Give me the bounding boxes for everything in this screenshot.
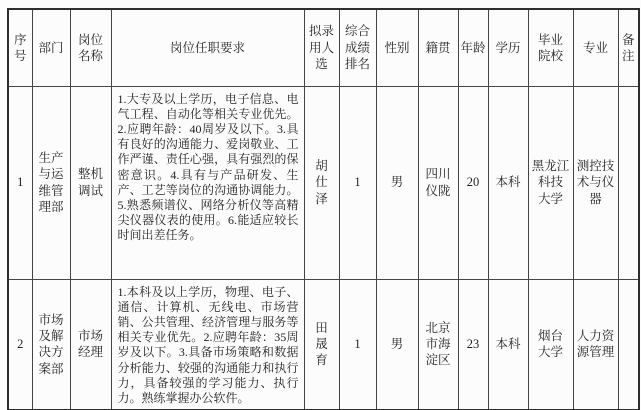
col-header-gender: 性别 — [376, 9, 418, 86]
table-row: 1 生产 与运 维管 理部 整机 调试 1.大专及以上学历，电子信息、电气工程、… — [8, 86, 639, 279]
cell-requirements: 1.本科及以上学历，物理、电子、通信、计算机、无线电、市场营销、公共管理、经济管… — [111, 279, 304, 410]
col-header-remarks: 备 注 — [618, 9, 639, 86]
recruitment-table: 序 号 部门 岗位 名称 岗位任职要求 拟录 用人 选 综合 成绩 排名 性别 … — [7, 8, 640, 410]
col-header-education: 学历 — [488, 9, 528, 86]
table-row: 2 市场 及解 决方 案部 市场 经理 1.本科及以上学历，物理、电子、通信、计… — [8, 279, 639, 410]
cell-rank: 1 — [339, 279, 376, 410]
cell-requirements: 1.大专及以上学历，电子信息、电气工程、自动化等相关专业优先。2.应聘年龄：40… — [111, 86, 304, 279]
cell-remarks — [618, 86, 639, 279]
cell-rank: 1 — [339, 86, 376, 279]
col-header-index: 序 号 — [8, 9, 32, 86]
cell-hometown: 北京 市海 淀区 — [418, 279, 458, 410]
col-header-position-title: 岗位 名称 — [70, 9, 111, 86]
cell-remarks — [618, 279, 639, 410]
cell-index: 2 — [8, 279, 32, 410]
cell-major: 测控技 术与仪 器 — [573, 86, 618, 279]
cell-index: 1 — [8, 86, 32, 279]
col-header-age: 年龄 — [458, 9, 488, 86]
cell-candidate: 田 晟 育 — [304, 279, 339, 410]
cell-department: 市场 及解 决方 案部 — [32, 279, 70, 410]
cell-hometown: 四川 仪陇 — [418, 86, 458, 279]
cell-age: 23 — [458, 279, 488, 410]
cell-education: 本科 — [488, 279, 528, 410]
col-header-requirements: 岗位任职要求 — [111, 9, 304, 86]
cell-university: 黑龙江 科技 大学 — [528, 86, 573, 279]
col-header-university: 毕业 院校 — [528, 9, 573, 86]
cell-gender: 男 — [376, 86, 418, 279]
col-header-major: 专业 — [573, 9, 618, 86]
cell-department: 生产 与运 维管 理部 — [32, 86, 70, 279]
cell-gender: 男 — [376, 279, 418, 410]
col-header-candidate: 拟录 用人 选 — [304, 9, 339, 86]
cell-position-title: 市场 经理 — [70, 279, 111, 410]
recruitment-table-wrap: 序 号 部门 岗位 名称 岗位任职要求 拟录 用人 选 综合 成绩 排名 性别 … — [7, 8, 640, 410]
col-header-rank: 综合 成绩 排名 — [339, 9, 376, 86]
col-header-hometown: 籍贯 — [418, 9, 458, 86]
cell-university: 烟台 大学 — [528, 279, 573, 410]
cell-position-title: 整机 调试 — [70, 86, 111, 279]
cell-age: 20 — [458, 86, 488, 279]
cell-candidate: 胡 仕 泽 — [304, 86, 339, 279]
header-row: 序 号 部门 岗位 名称 岗位任职要求 拟录 用人 选 综合 成绩 排名 性别 … — [8, 9, 639, 86]
cell-education: 本科 — [488, 86, 528, 279]
col-header-department: 部门 — [32, 9, 70, 86]
cell-major: 人力资 源管理 — [573, 279, 618, 410]
